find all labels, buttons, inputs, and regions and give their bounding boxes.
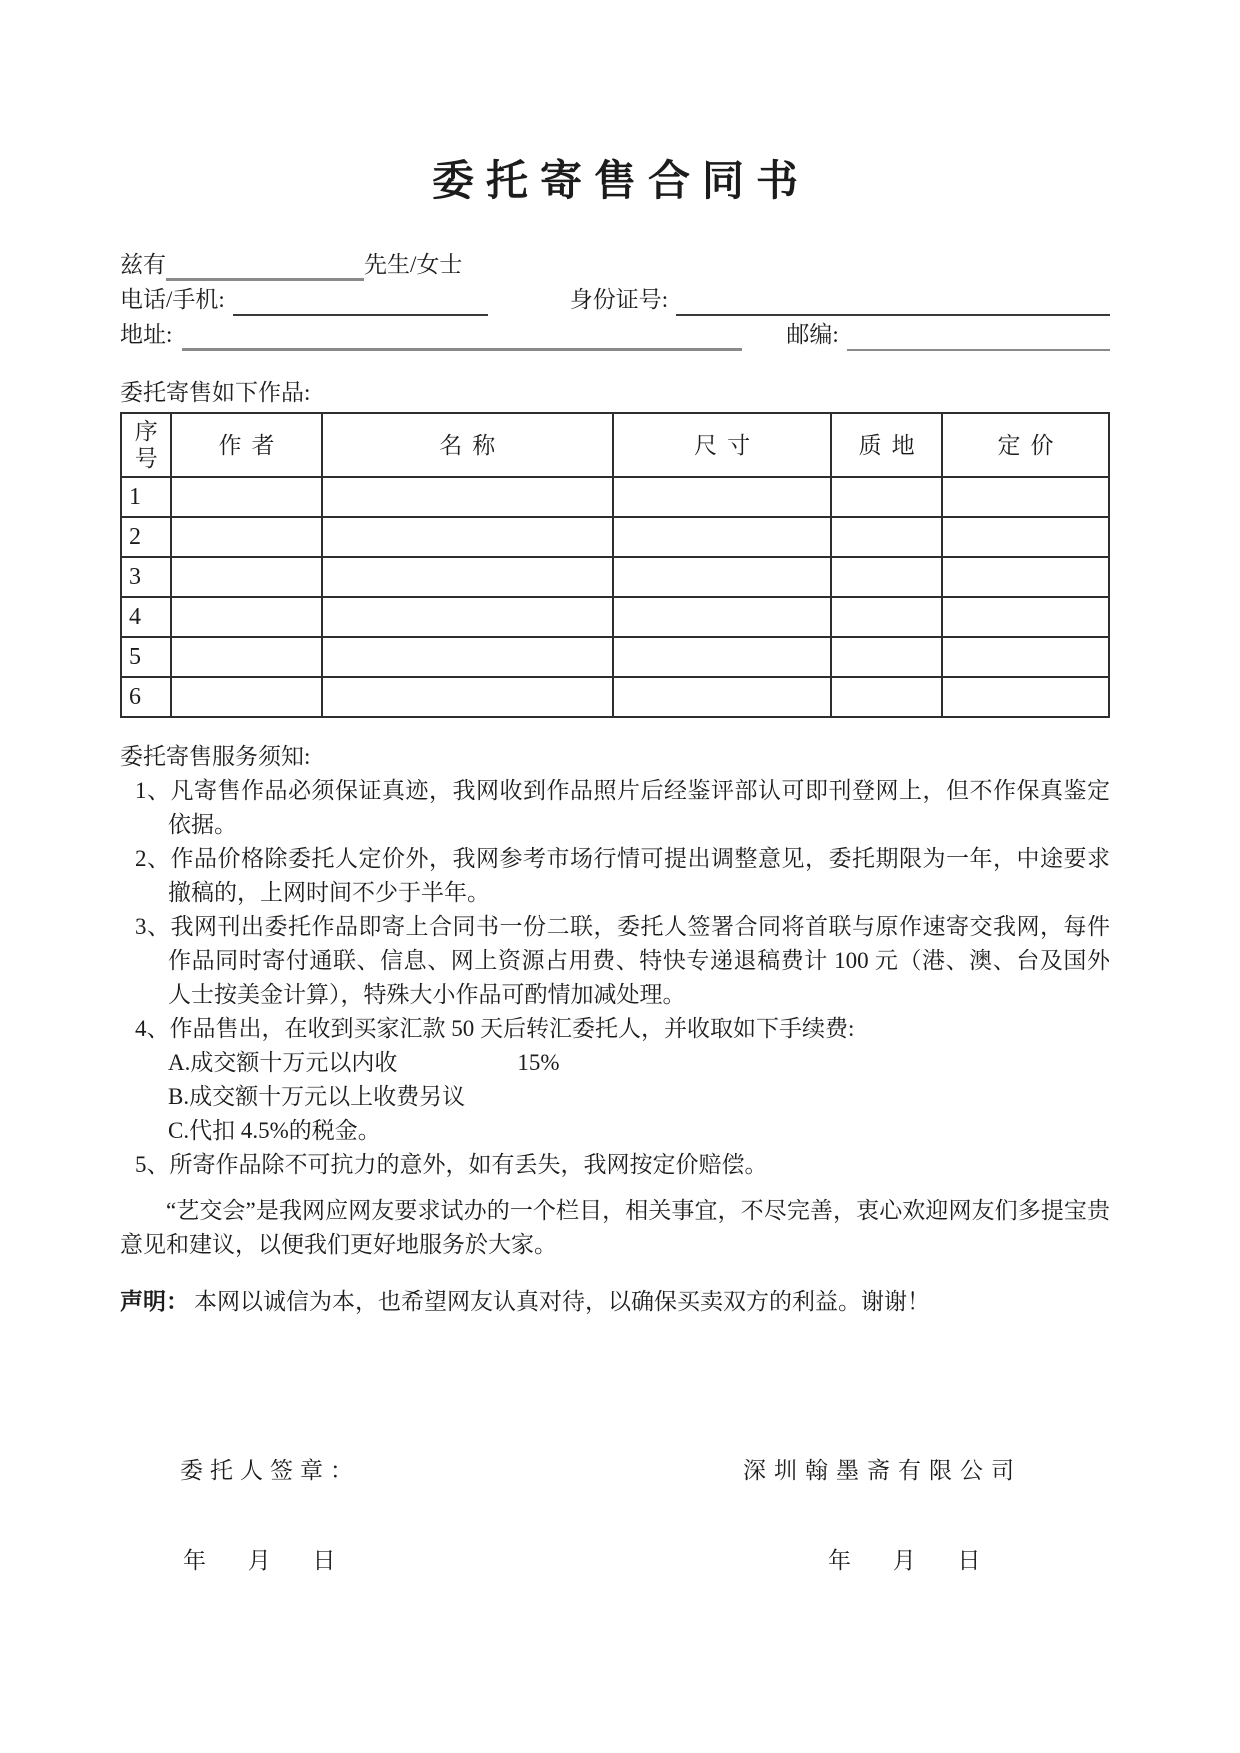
contract-title: 委托寄售合同书 [120,158,1110,206]
address-blank [182,318,742,351]
notice-item-2: 2、作品价格除委托人定价外，我网参考市场行情可提出调整意见，委托期限为一年，中途… [120,842,1110,910]
company-name: 深圳翰墨斋有限公司 [743,1454,1022,1488]
fee-item-b: B.成交额十万元以上收费另议 [168,1080,1110,1114]
empty-cell [171,677,321,717]
notice-text: 作品售出，在收到买家汇款 50 天后转汇委托人，并收取如下手续费: [170,1016,855,1041]
empty-cell [171,517,321,557]
right-date-line: 年 月 日 [828,1544,981,1578]
table-row: 2 [121,517,1109,557]
notice-item-3: 3、我网刊出委托作品即寄上合同书一份二联，委托人签署合同将首联与原作速寄交我网，… [120,910,1110,1012]
col-header-author: 作者 [171,413,321,477]
fee-item-a: A.成交额十万元以内收15% [168,1046,1110,1080]
table-row: 3 [121,557,1109,597]
notice-item-4: 4、作品售出，在收到买家汇款 50 天后转汇委托人，并收取如下手续费: [120,1012,1110,1046]
table-row: 6 [121,677,1109,717]
consignor-name-blank [166,248,364,281]
fee-item-c: C.代扣 4.5%的税金。 [168,1114,1110,1148]
notice-heading: 委托寄售服务须知: [120,740,1110,774]
table-row: 4 [121,597,1109,637]
statement-paragraph: 声明：本网以诚信为本，也希望网友认真对待，以确保买卖双方的利益。谢谢！ [120,1285,1110,1319]
works-table: 序号 作者 名称 尺寸 质地 定价 1 2 3 [120,412,1110,718]
empty-cell [322,597,613,637]
notice-number: 2、 [135,846,171,871]
empty-cell [831,637,942,677]
left-date-line: 年 月 日 [183,1544,336,1578]
id-number-blank [676,284,1110,316]
phone-label: 电话/手机: [120,284,225,316]
notice-item-5: 5、所寄作品除不可抗力的意外，如有丢失，我网按定价赔偿。 [120,1148,1110,1182]
notice-text: 作品价格除委托人定价外，我网参考市场行情可提出调整意见，委托期限为一年，中途要求… [168,846,1110,905]
honorific-label: 先生/女士 [364,249,462,281]
postal-code-blank [847,319,1110,351]
row-number-cell: 2 [121,517,171,557]
contract-content: 委托寄售合同书 兹有 先生/女士 电话/手机: 身份证号: 地址: 邮编: 委托… [120,0,1110,1578]
notice-list: 1、凡寄售作品必须保证真迹，我网收到作品照片后经鉴评部认可即刊登网上，但不作保真… [120,774,1110,1182]
empty-cell [322,517,613,557]
table-row: 1 [121,477,1109,517]
date-row: 年 月 日 年 月 日 [120,1544,1110,1578]
notice-text: 所寄作品除不可抗力的意外，如有丢失，我网按定价赔偿。 [170,1152,768,1177]
table-row: 5 [121,637,1109,677]
notice-item-1: 1、凡寄售作品必须保证真迹，我网收到作品照片后经鉴评部认可即刊登网上，但不作保真… [120,774,1110,842]
row-number-cell: 1 [121,477,171,517]
notice-number: 4、 [135,1016,170,1041]
empty-cell [171,597,321,637]
empty-cell [171,557,321,597]
empty-cell [171,477,321,517]
empty-cell [613,637,831,677]
empty-cell [613,517,831,557]
empty-cell [831,517,942,557]
statement-label: 声明： [120,1289,189,1314]
empty-cell [942,477,1109,517]
fee-label: B.成交额十万元以上收费另议 [168,1084,465,1109]
empty-cell [613,477,831,517]
empty-cell [322,677,613,717]
empty-cell [942,637,1109,677]
phone-blank [233,284,488,316]
row-number-cell: 6 [121,677,171,717]
table-header-row: 序号 作者 名称 尺寸 质地 定价 [121,413,1109,477]
postal-code-label: 邮编: [786,319,838,351]
address-label: 地址: [120,319,172,351]
empty-cell [831,597,942,637]
empty-cell [942,597,1109,637]
works-intro-label: 委托寄售如下作品: [120,375,1110,410]
address-postal-line: 地址: 邮编: [120,316,1110,351]
row-number-cell: 4 [121,597,171,637]
empty-cell [171,637,321,677]
empty-cell [322,637,613,677]
phone-id-line: 电话/手机: 身份证号: [120,281,1110,316]
closing-paragraph: “艺交会”是我网应网友要求试办的一个栏目，相关事宜，不尽完善，衷心欢迎网友们多提… [120,1194,1110,1262]
empty-cell [942,517,1109,557]
empty-cell [942,557,1109,597]
empty-cell [831,477,942,517]
header-form: 兹有 先生/女士 电话/手机: 身份证号: 地址: 邮编: [120,246,1110,351]
row-number-cell: 5 [121,637,171,677]
fee-rate-value: 15% [517,1050,559,1075]
statement-text: 本网以诚信为本，也希望网友认真对待，以确保买卖双方的利益。谢谢！ [194,1289,930,1314]
empty-cell [613,597,831,637]
empty-cell [942,677,1109,717]
empty-cell [322,557,613,597]
col-header-material: 质地 [831,413,942,477]
empty-cell [831,677,942,717]
document-page: 委托寄售合同书 兹有 先生/女士 电话/手机: 身份证号: 地址: 邮编: 委托… [0,0,1240,1753]
notice-number: 5、 [135,1152,170,1177]
consignor-line: 兹有 先生/女士 [120,246,1110,281]
col-header-size: 尺寸 [613,413,831,477]
notice-text: 凡寄售作品必须保证真迹，我网收到作品照片后经鉴评部认可即刊登网上，但不作保真鉴定… [168,778,1110,837]
empty-cell [831,557,942,597]
notice-number: 3、 [135,914,171,939]
empty-cell [322,477,613,517]
fee-label: A.成交额十万元以内收 [168,1050,397,1075]
notice-text: 我网刊出委托作品即寄上合同书一份二联，委托人签署合同将首联与原作速寄交我网，每件… [168,914,1110,1007]
consignor-prefix-label: 兹有 [120,249,166,281]
id-number-label: 身份证号: [570,284,668,316]
empty-cell [613,677,831,717]
col-header-number: 序号 [121,413,171,477]
consignor-signature-label: 委托人签章： [180,1454,360,1488]
signature-row: 委托人签章： 深圳翰墨斋有限公司 [120,1454,1110,1488]
col-header-price: 定价 [942,413,1109,477]
row-number-cell: 3 [121,557,171,597]
notice-number: 1、 [135,778,171,803]
empty-cell [613,557,831,597]
col-header-name: 名称 [322,413,613,477]
fee-label: C.代扣 4.5%的税金。 [168,1118,381,1143]
